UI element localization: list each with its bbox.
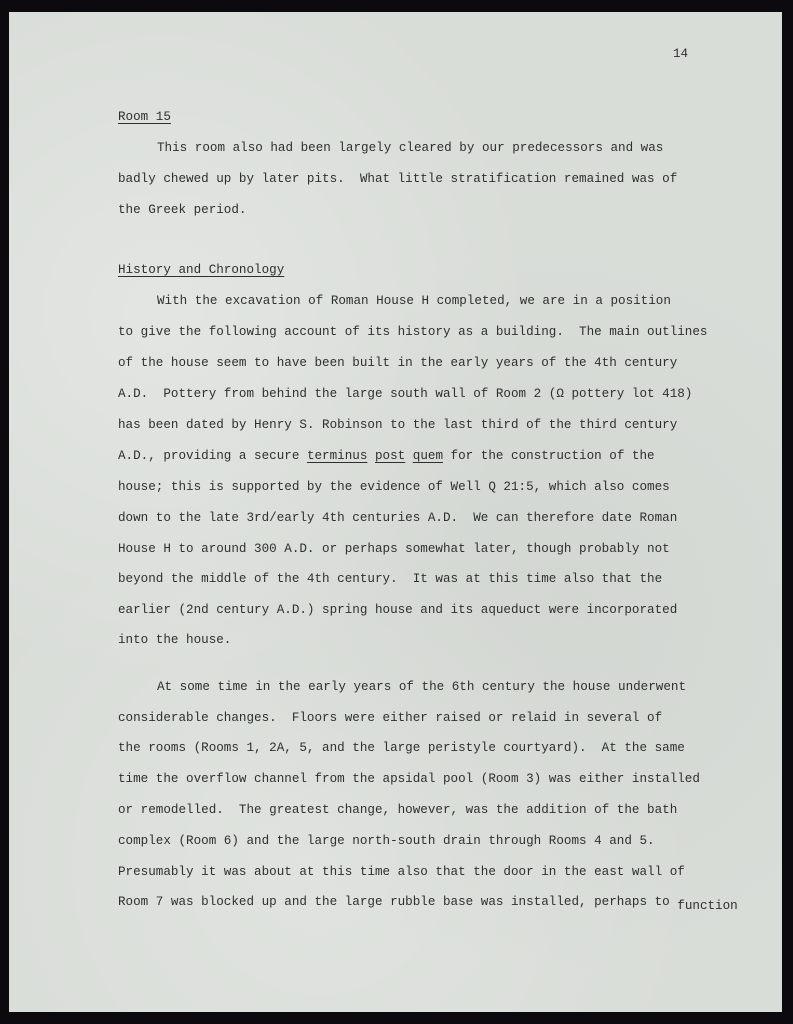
- body-line: down to the late 3rd/early 4th centuries…: [118, 510, 677, 526]
- section-heading-room-15: Room 15: [118, 110, 171, 124]
- text-span: A.D., providing a secure: [118, 449, 307, 463]
- body-line: of the house seem to have been built in …: [118, 355, 677, 371]
- body-line: or remodelled. The greatest change, howe…: [118, 802, 677, 818]
- body-line: house; this is supported by the evidence…: [118, 479, 670, 495]
- body-line: At some time in the early years of the 6…: [157, 679, 686, 695]
- body-line: the Greek period.: [118, 202, 246, 218]
- body-line: House H to around 300 A.D. or perhaps so…: [118, 541, 670, 557]
- text-span: [367, 449, 375, 463]
- body-line: has been dated by Henry S. Robinson to t…: [118, 417, 677, 433]
- body-line-last: Room 7 was blocked up and the large rubb…: [118, 894, 738, 910]
- body-line: This room also had been largely cleared …: [157, 140, 663, 156]
- body-line: Presumably it was about at this time als…: [118, 864, 685, 880]
- body-line: badly chewed up by later pits. What litt…: [118, 171, 677, 187]
- latin-term: terminus: [307, 449, 367, 463]
- body-line: earlier (2nd century A.D.) spring house …: [118, 602, 677, 618]
- text-span: [405, 449, 413, 463]
- text-span: for the construction of the: [443, 449, 655, 463]
- body-line: With the excavation of Roman House H com…: [157, 293, 671, 309]
- page-number: 14: [673, 47, 688, 61]
- body-line: into the house.: [118, 632, 231, 648]
- body-line-terminus-post-quem: A.D., providing a secure terminus post q…: [118, 448, 655, 464]
- body-line: the rooms (Rooms 1, 2A, 5, and the large…: [118, 740, 685, 756]
- body-line: to give the following account of its his…: [118, 324, 707, 340]
- latin-term: post: [375, 449, 405, 463]
- body-line: considerable changes. Floors were either…: [118, 710, 662, 726]
- body-line: A.D. Pottery from behind the large south…: [118, 386, 692, 402]
- body-line: time the overflow channel from the apsid…: [118, 771, 700, 787]
- body-line: beyond the middle of the 4th century. It…: [118, 571, 662, 587]
- section-heading-history-chronology: History and Chronology: [118, 263, 284, 277]
- text-span: Room 7 was blocked up and the large rubb…: [118, 895, 677, 909]
- document-page: 14 Room 15 This room also had been large…: [9, 12, 782, 1012]
- trailing-word: function: [677, 899, 737, 913]
- body-line: complex (Room 6) and the large north-sou…: [118, 833, 655, 849]
- latin-term: quem: [413, 449, 443, 463]
